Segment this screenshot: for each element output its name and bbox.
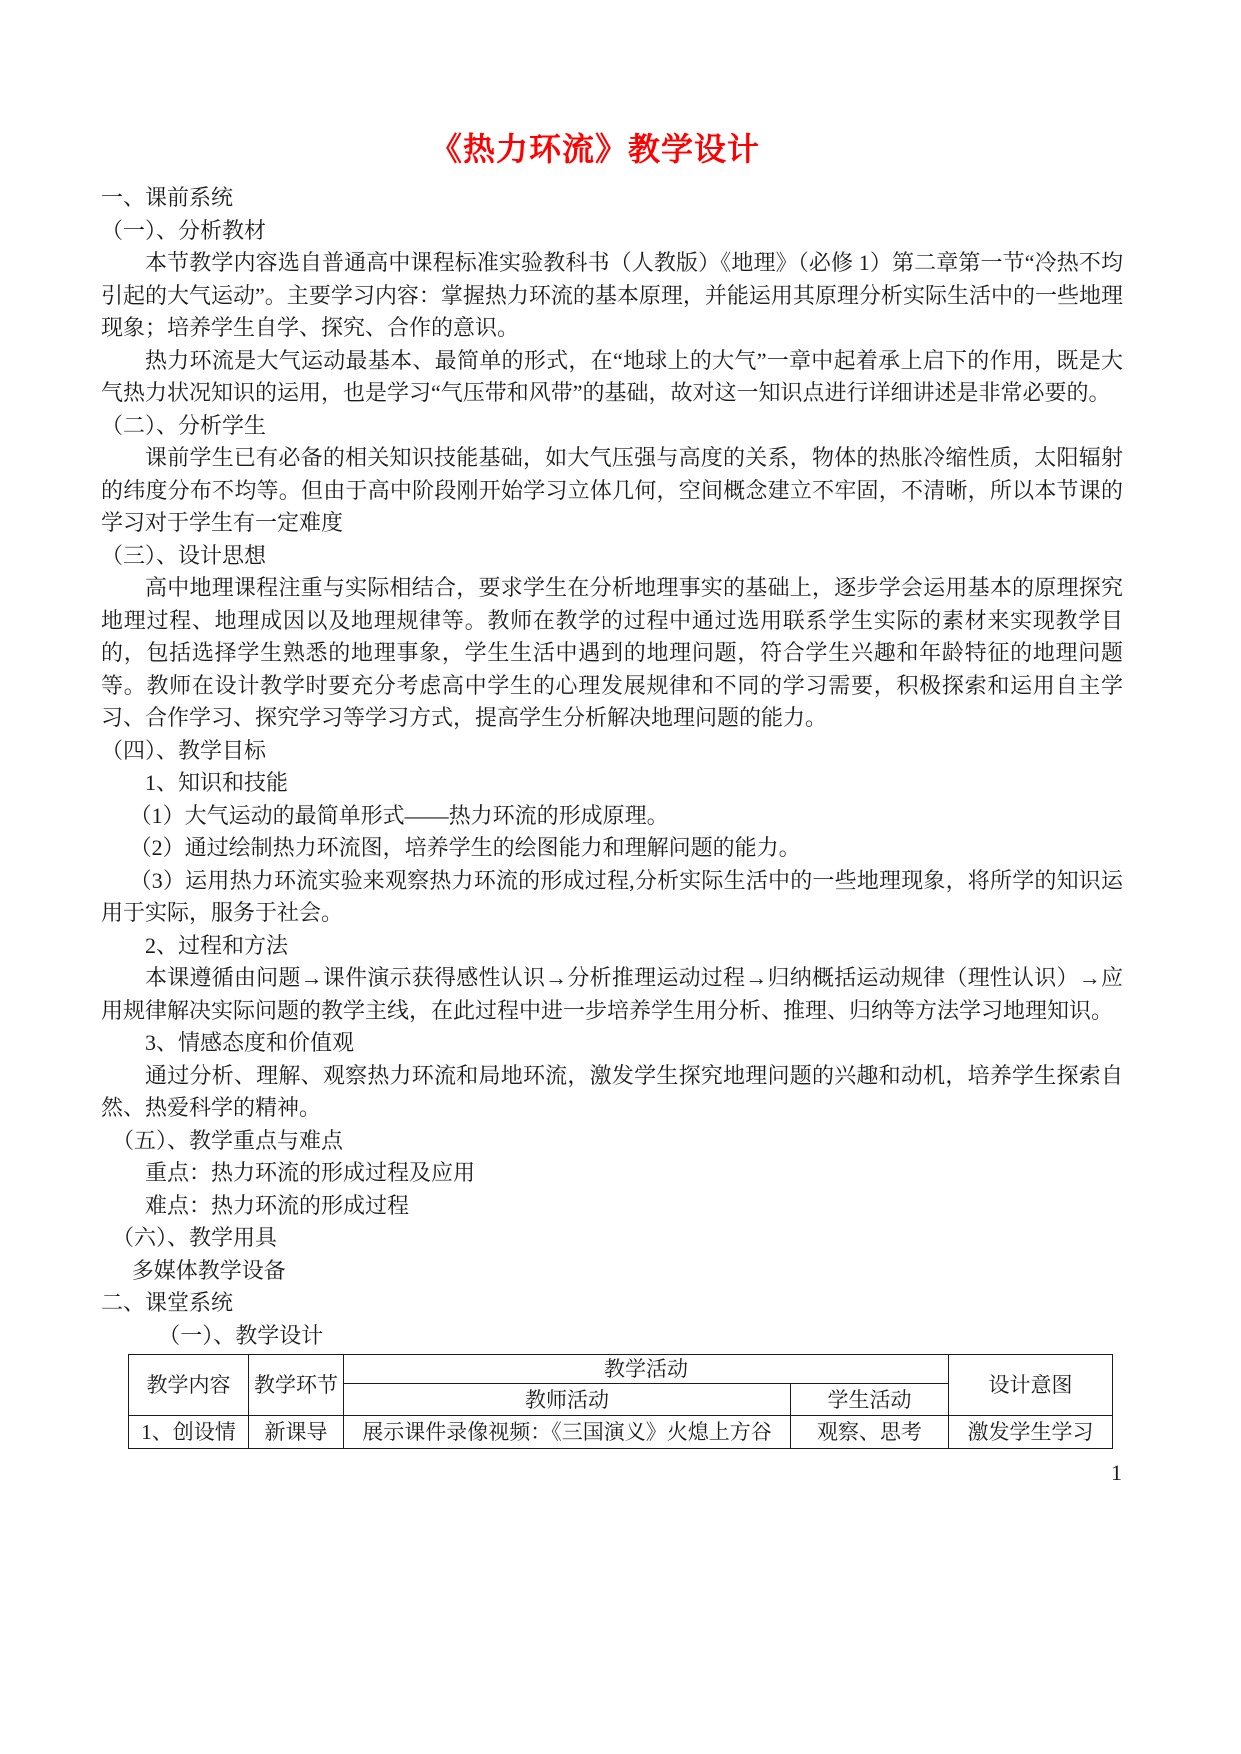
- th-teacher-activity: 教师活动: [344, 1384, 791, 1416]
- th-design-intent: 设计意图: [949, 1355, 1113, 1416]
- heading-design-philosophy: （三）、设计思想: [101, 540, 1123, 573]
- heading-analyze-students: （二）、分析学生: [101, 410, 1123, 443]
- line-key-point: 重点：热力环流的形成过程及应用: [101, 1157, 1123, 1190]
- cell-teacher-activity: 展示课件录像视频：《三国演义》火熄上方谷: [344, 1416, 791, 1449]
- para-design-philosophy: 高中地理课程注重与实际相结合，要求学生在分析地理事实的基础上，逐步学会运用基本的…: [101, 572, 1123, 735]
- document-body: 一、课前系统 （一）、分析教材 本节教学内容选自普通高中课程标准实验教科书（人教…: [101, 182, 1123, 1449]
- heading-teaching-design: （一）、教学设计: [101, 1320, 1123, 1353]
- line-difficult-point: 难点：热力环流的形成过程: [101, 1190, 1123, 1223]
- para-textbook-analysis-1: 本节教学内容选自普通高中课程标准实验教科书（人教版）《地理》（必修 1）第二章第…: [101, 247, 1123, 345]
- page-number: 1: [101, 1460, 1123, 1486]
- subheading-knowledge-skills: 1、知识和技能: [101, 767, 1123, 800]
- item-goal-2: （2）通过绘制热力环流图，培养学生的绘图能力和理解问题的能力。: [101, 832, 1123, 865]
- document-title: 《热力环流》教学设计: [101, 0, 1089, 170]
- heading-teaching-goals: （四）、教学目标: [101, 735, 1123, 768]
- document-content: 《热力环流》教学设计 一、课前系统 （一）、分析教材 本节教学内容选自普通高中课…: [101, 0, 1123, 1486]
- document-page: 《热力环流》教学设计 一、课前系统 （一）、分析教材 本节教学内容选自普通高中课…: [0, 0, 1241, 1754]
- para-affect-values: 通过分析、理解、观察热力环流和局地环流，激发学生探究地理问题的兴趣和动机，培养学…: [101, 1060, 1123, 1125]
- cell-design-intent: 激发学生学习: [949, 1416, 1113, 1449]
- cell-teaching-content: 1、创设情: [129, 1416, 249, 1449]
- cell-teaching-stage: 新课导: [249, 1416, 344, 1449]
- item-goal-1: （1）大气运动的最简单形式——热力环流的形成原理。: [101, 800, 1123, 833]
- teaching-design-table: 教学内容 教学环节 教学活动 设计意图 教师活动 学生活动 1、创设情 新课导 …: [128, 1354, 1113, 1449]
- th-teaching-activity: 教学活动: [344, 1355, 949, 1384]
- heading-class-system: 二、课堂系统: [101, 1287, 1123, 1320]
- cell-student-activity: 观察、思考: [791, 1416, 949, 1449]
- para-students-analysis: 课前学生已有必备的相关知识技能基础，如大气压强与高度的关系，物体的热胀冷缩性质，…: [101, 442, 1123, 540]
- heading-teaching-tools: （六）、教学用具: [101, 1222, 1123, 1255]
- th-teaching-stage: 教学环节: [249, 1355, 344, 1416]
- table-row: 1、创设情 新课导 展示课件录像视频：《三国演义》火熄上方谷 观察、思考 激发学…: [129, 1416, 1113, 1449]
- subheading-affect-values: 3、情感态度和价值观: [101, 1027, 1123, 1060]
- heading-key-difficult-points: （五）、教学重点与难点: [101, 1125, 1123, 1158]
- line-multimedia-equipment: 多媒体教学设备: [101, 1255, 1123, 1288]
- item-goal-3: （3）运用热力环流实验来观察热力环流的形成过程,分析实际生活中的一些地理现象，将…: [101, 865, 1123, 930]
- th-teaching-content: 教学内容: [129, 1355, 249, 1416]
- th-student-activity: 学生活动: [791, 1384, 949, 1416]
- heading-pre-class-system: 一、课前系统: [101, 182, 1123, 215]
- heading-analyze-textbook: （一）、分析教材: [101, 215, 1123, 248]
- para-process-methods: 本课遵循由问题→课件演示获得感性认识→分析推理运动过程→归纳概括运动规律（理性认…: [101, 962, 1123, 1027]
- subheading-process-methods: 2、过程和方法: [101, 930, 1123, 963]
- para-textbook-analysis-2: 热力环流是大气运动最基本、最简单的形式，在“地球上的大气”一章中起着承上启下的作…: [101, 345, 1123, 410]
